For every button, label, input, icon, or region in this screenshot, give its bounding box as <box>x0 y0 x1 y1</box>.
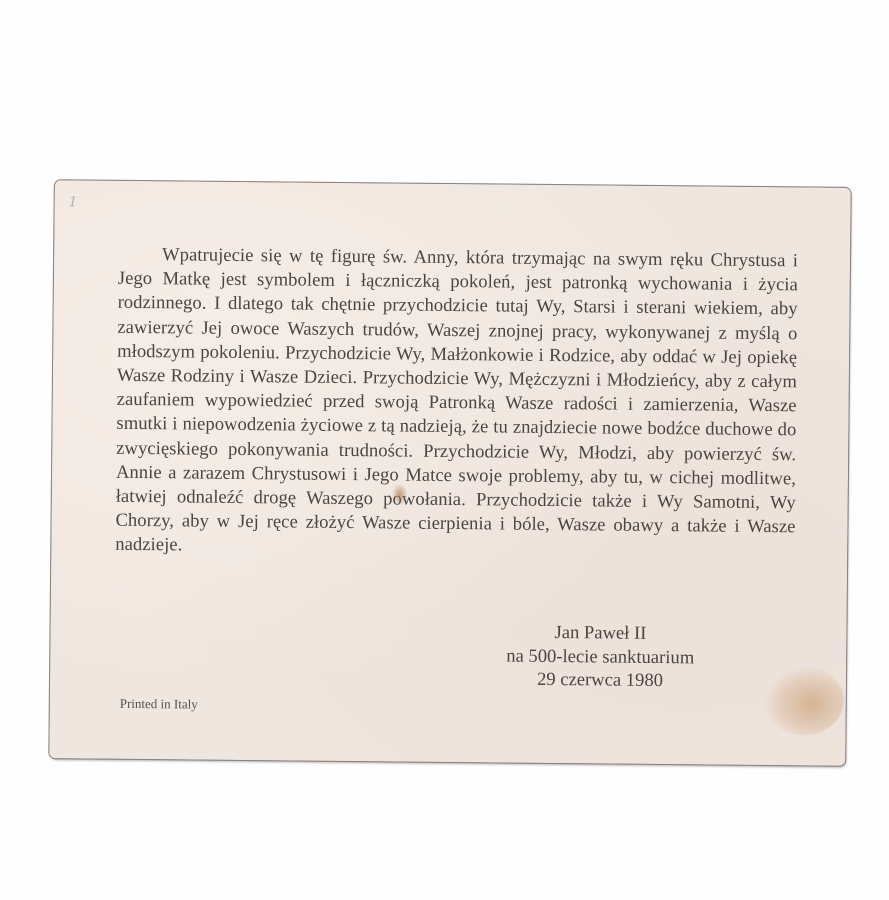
prayer-card: 1 Wpatrujecie się w tę figurę św. Anny, … <box>49 180 851 766</box>
signature-block: Jan Paweł II na 500-lecie sanktuarium 29… <box>490 620 711 693</box>
signature-date: 29 czerwca 1980 <box>490 667 710 693</box>
pencil-mark: 1 <box>69 194 78 210</box>
scanned-page: 1 Wpatrujecie się w tę figurę św. Anny, … <box>0 0 889 900</box>
signature-author: Jan Paweł II <box>490 620 710 646</box>
imprint-note: Printed in Italy <box>120 696 198 713</box>
card-paragraph: Wpatrujecie się w tę figurę św. Anny, kt… <box>115 243 798 564</box>
signature-occasion: na 500-lecie sanktuarium <box>490 644 710 670</box>
stain-mark <box>763 665 844 736</box>
